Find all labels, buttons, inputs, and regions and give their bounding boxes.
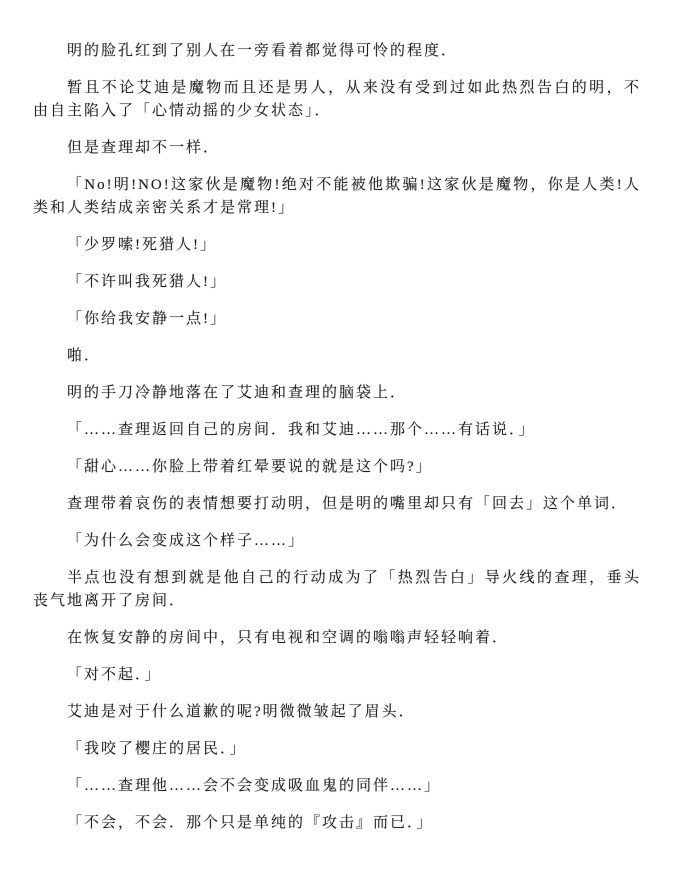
paragraph: 「我咬了樱庄的居民．」 <box>33 738 641 761</box>
novel-page: 明的脸孔红到了别人在一旁看着都觉得可怜的程度．暂且不论艾迪是魔物而且还是男人，从… <box>0 0 680 880</box>
paragraph: 「不许叫我死猎人!」 <box>33 271 641 294</box>
paragraph: 半点也没有想到就是他自己的行动成为了「热烈告白」导火线的查理，垂头丧气地离开了房… <box>33 567 641 613</box>
paragraph: 「对不起．」 <box>33 664 641 687</box>
paragraph: 「No!明!NO!这家伙是魔物!绝对不能被他欺骗!这家伙是魔物，你是人类!人类和… <box>33 174 641 220</box>
paragraph: 在恢复安静的房间中，只有电视和空调的嗡嗡声轻轻响着． <box>33 627 641 650</box>
paragraph: 啪． <box>33 345 641 368</box>
paragraph: 「少罗嗦!死猎人!」 <box>33 234 641 257</box>
paragraph: 明的手刀冷静地落在了艾迪和查理的脑袋上． <box>33 382 641 405</box>
novel-text-body: 明的脸孔红到了别人在一旁看着都觉得可怜的程度．暂且不论艾迪是魔物而且还是男人，从… <box>33 40 641 835</box>
paragraph: 「……查理返回自己的房间．我和艾迪……那个……有话说．」 <box>33 419 641 442</box>
paragraph: 但是查理却不一样． <box>33 137 641 160</box>
paragraph: 「为什么会变成这个样子……」 <box>33 530 641 553</box>
paragraph: 「……查理他……会不会变成吸血鬼的同伴……」 <box>33 775 641 798</box>
paragraph: 查理带着哀伤的表情想要打动明，但是明的嘴里却只有「回去」这个单词． <box>33 493 641 516</box>
paragraph: 暂且不论艾迪是魔物而且还是男人，从来没有受到过如此热烈告白的明，不由自主陷入了「… <box>33 77 641 123</box>
paragraph: 「你给我安静一点!」 <box>33 308 641 331</box>
paragraph: 艾迪是对于什么道歉的呢?明微微皱起了眉头． <box>33 701 641 724</box>
paragraph: 「甜心……你脸上带着红晕要说的就是这个吗?」 <box>33 456 641 479</box>
paragraph: 「不会，不会．那个只是单纯的『攻击』而已．」 <box>33 812 641 835</box>
paragraph: 明的脸孔红到了别人在一旁看着都觉得可怜的程度． <box>33 40 641 63</box>
